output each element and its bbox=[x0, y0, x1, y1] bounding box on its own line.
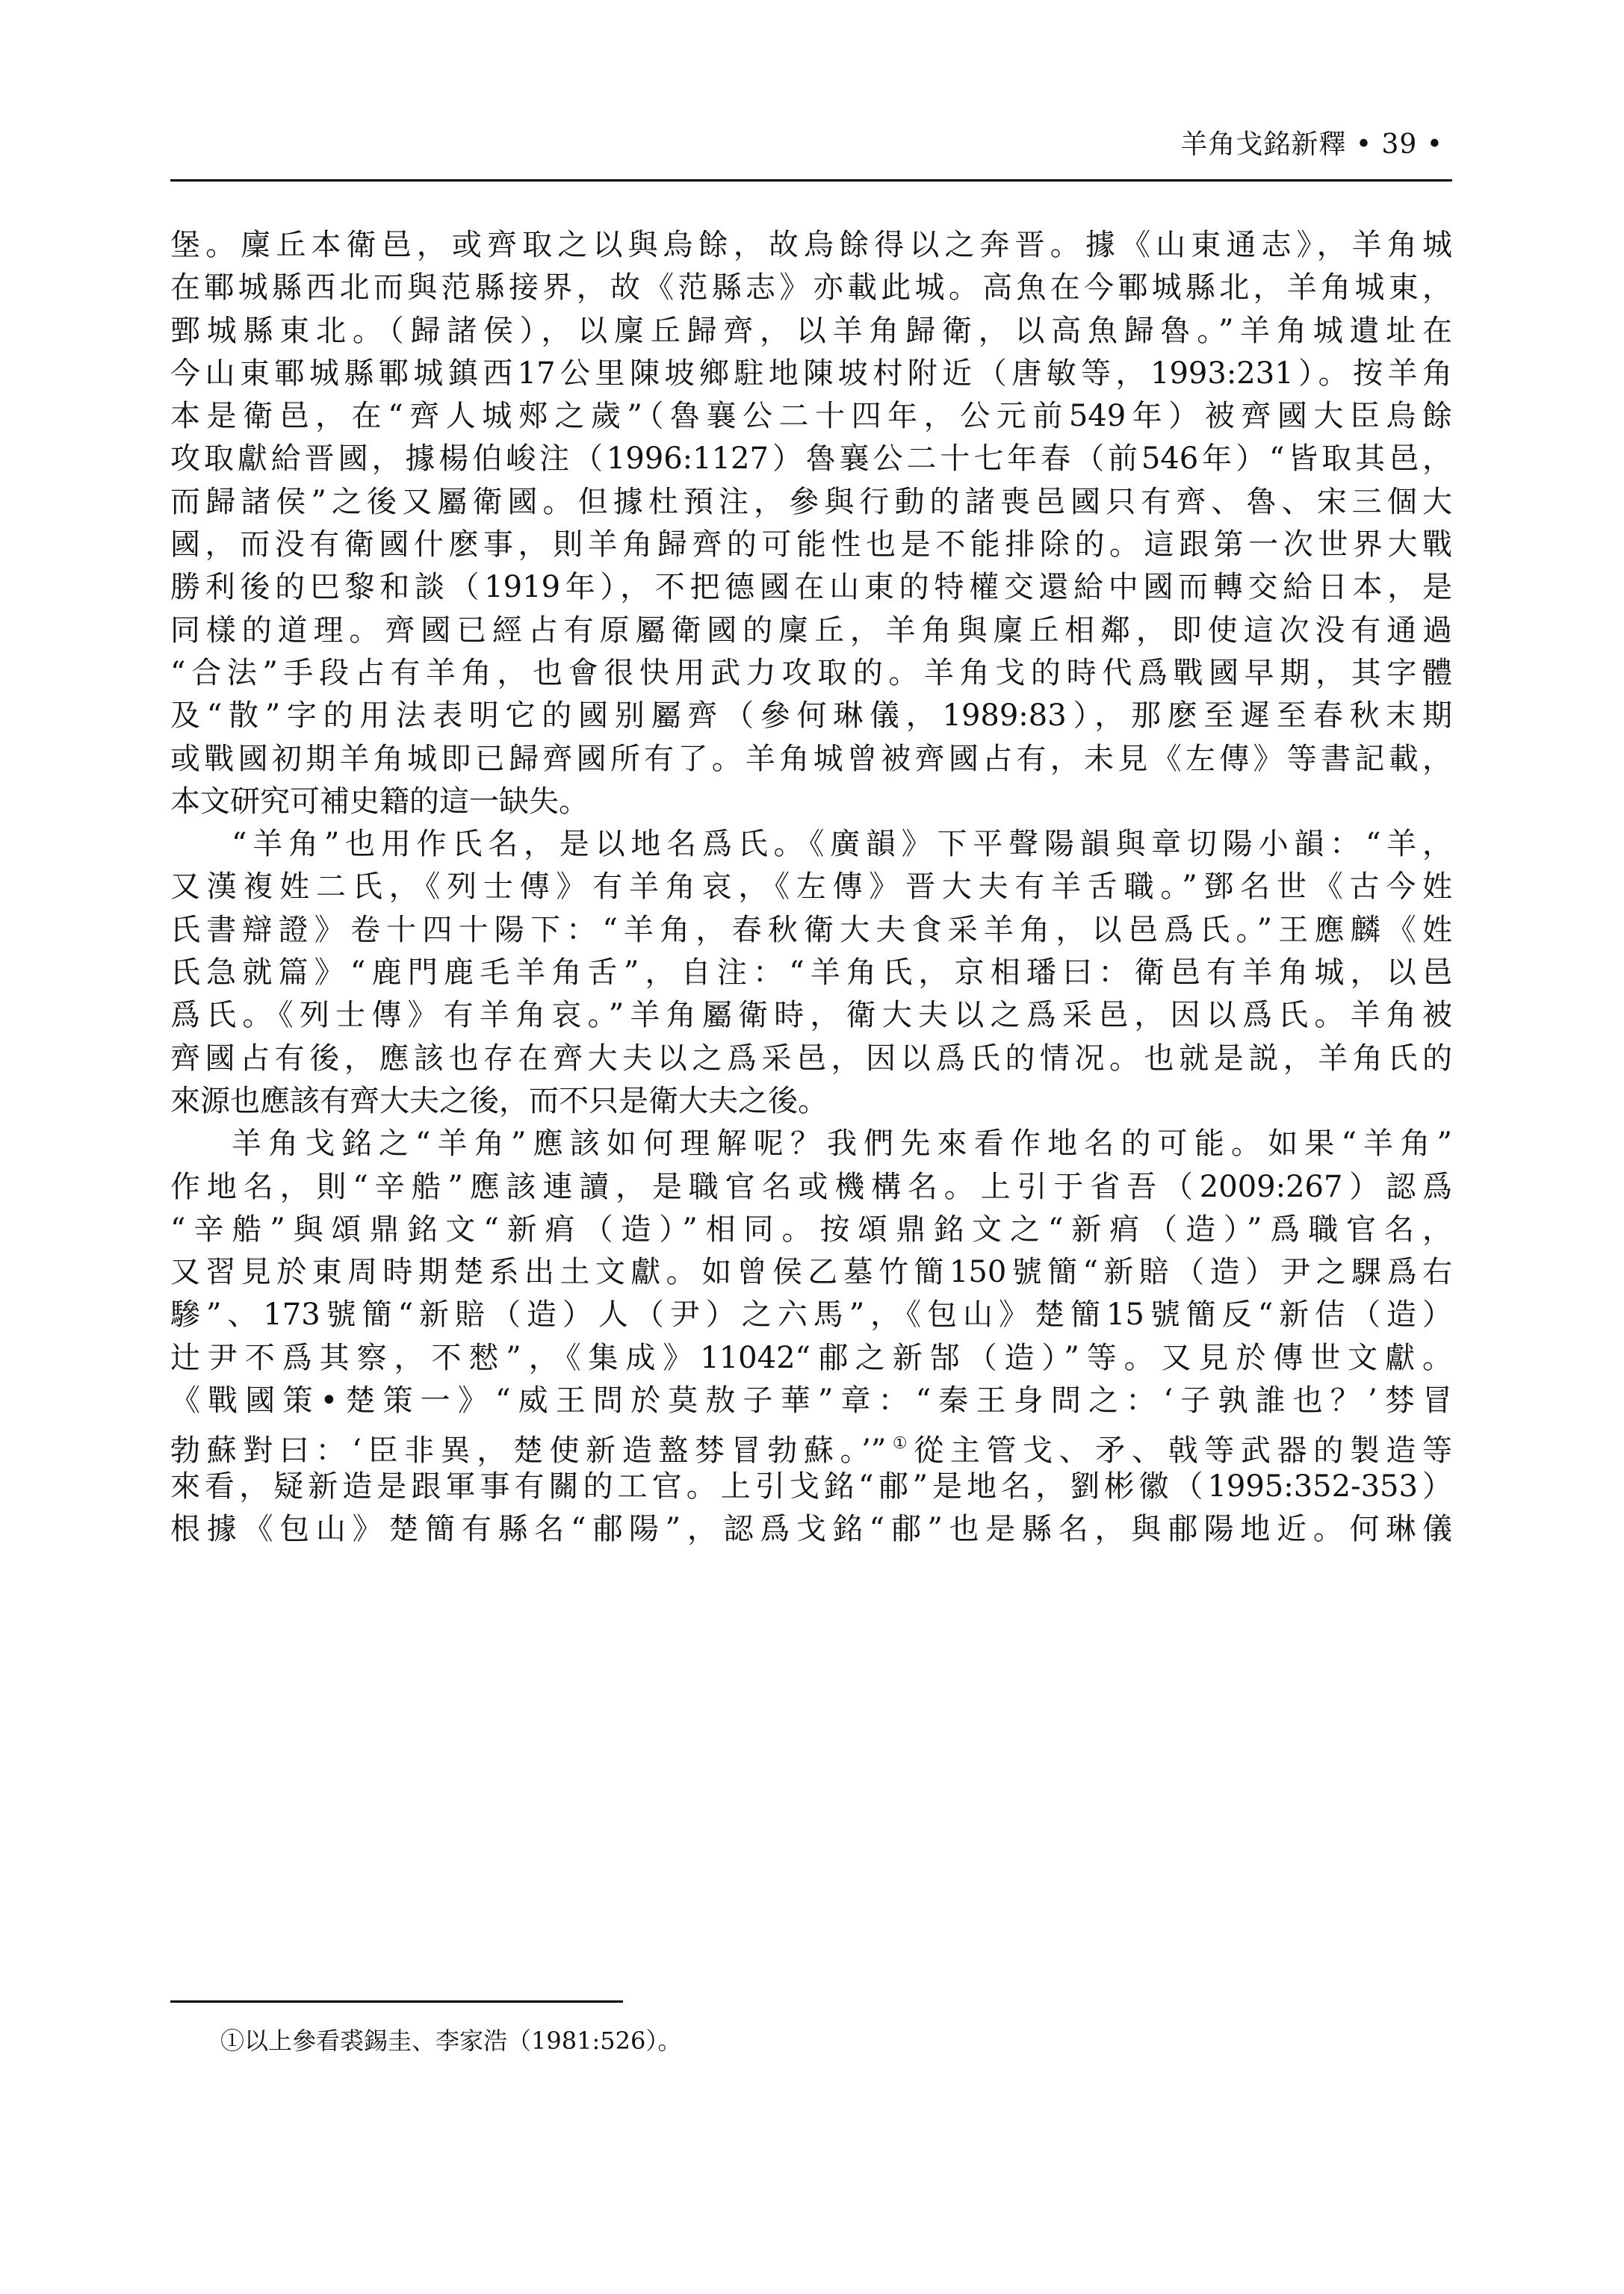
text-line-content: 勃蘇對曰：‘臣非異，楚使新造盩棼冒勃蘇。’” bbox=[170, 1433, 886, 1468]
text-line: 《戰國策•楚策一》“威王問於莫敖子華”章：“秦王身問之：‘子孰誰也？’棼冒 bbox=[170, 1380, 1452, 1422]
text-line-content: 今山東鄆城縣鄆城鎮西17公里陳坡鄉駐地陳坡村附近（唐敏等，1993:231）。按… bbox=[170, 356, 1452, 391]
text-line: 堡。廩丘本衛邑，或齊取之以與烏餘，故烏餘得以之奔晋。據《山東通志》，羊角城 bbox=[170, 224, 1452, 267]
footnote-text: 以上參看裘錫圭、李家浩（1981:526）。 bbox=[244, 2027, 681, 2055]
text-line-content: 來源也應該有齊大夫之後，而不只是衛大夫之後。 bbox=[170, 1084, 828, 1118]
text-line: 又漢複姓二氏，《列士傳》有羊角哀，《左傳》晋大夫有羊舌職。”鄧名世《古今姓 bbox=[170, 866, 1452, 908]
text-line-content: 來看，疑新造是跟軍事有關的工官。上引戈銘“郙”是地名，劉彬徽（1995:352-… bbox=[170, 1469, 1452, 1504]
text-line: 齊國占有後，應該也存在齊大夫以之爲采邑，因以爲氏的情况。也就是説，羊角氏的 bbox=[170, 1038, 1452, 1080]
text-line-content: 在鄆城縣西北而與范縣接界，故《范縣志》亦載此城。高魚在今鄆城縣北，羊角城東， bbox=[170, 270, 1452, 305]
text-line: “辛艁”與頌鼎銘文“新㾓（造）”相同。按頌鼎銘文之“新㾓（造）”爲職官名， bbox=[170, 1209, 1452, 1251]
text-line-content: 又習見於東周時期楚系出土文獻。如曾侯乙墓竹簡150號簡“新賠（造）尹之騍爲右 bbox=[170, 1255, 1452, 1289]
text-line-content: 而歸諸侯”之後又屬衛國。但據杜預注，參與行動的諸喪邑國只有齊、魯、宋三個大 bbox=[170, 485, 1452, 519]
text-line: 本是衛邑，在“齊人城郟之歲”（魯襄公二十四年，公元前549年）被齊國大臣烏餘 bbox=[170, 395, 1452, 438]
text-line: 勝利後的巴黎和談（1919年），不把德國在山東的特權交還給中國而轉交給日本，是 bbox=[170, 566, 1452, 609]
text-line-content: 鄄城縣東北。（歸諸侯），以廩丘歸齊，以羊角歸衛，以高魚歸魯。”羊角城遺址在 bbox=[170, 314, 1452, 348]
text-line-content: 齊國占有後，應該也存在齊大夫以之爲采邑，因以爲氏的情况。也就是説，羊角氏的 bbox=[170, 1041, 1452, 1076]
text-line-content: 本是衛邑，在“齊人城郟之歲”（魯襄公二十四年，公元前549年）被齊國大臣烏餘 bbox=[170, 399, 1452, 433]
text-line: 來源也應該有齊大夫之後，而不只是衛大夫之後。 bbox=[170, 1080, 1452, 1123]
text-line: 根據《包山》楚簡有縣名“郙陽”，認爲戈銘“郙”也是縣名，與郙陽地近。何琳儀 bbox=[170, 1508, 1452, 1551]
text-line-content: 氏書辯證》卷十四十陽下：“羊角，春秋衛大夫食采羊角，以邑爲氏。”王應麟《姓 bbox=[170, 913, 1452, 947]
text-line-content: 驂”、173號簡“新賠（造）人（尹）之六馬”，《包山》楚簡15號簡反“新佶（造） bbox=[170, 1298, 1452, 1332]
text-line: 驂”、173號簡“新賠（造）人（尹）之六馬”，《包山》楚簡15號簡反“新佶（造） bbox=[170, 1294, 1452, 1336]
text-line: 辻尹不爲其察，不憖”，《集成》11042“郙之新郜（造）”等。又見於傳世文獻。 bbox=[170, 1337, 1452, 1380]
footnote-rule bbox=[170, 2000, 623, 2003]
footnote-reference[interactable]: ① bbox=[886, 1434, 914, 1453]
text-line: 勃蘇對曰：‘臣非異，楚使新造盩棼冒勃蘇。’”①從主管戈、矛、戟等武器的製造等 bbox=[170, 1422, 1452, 1465]
text-line: 羊角戈銘之“羊角”應該如何理解呢？我們先來看作地名的可能。如果“羊角” bbox=[170, 1123, 1452, 1165]
text-line-content: 或戰國初期羊角城即已歸齊國所有了。羊角城曾被齊國占有，未見《左傳》等書記載， bbox=[170, 742, 1452, 776]
running-head-title: 羊角戈銘新釋 bbox=[1180, 129, 1346, 160]
text-line: 氏書辯證》卷十四十陽下：“羊角，春秋衛大夫食采羊角，以邑爲氏。”王應麟《姓 bbox=[170, 909, 1452, 952]
text-line: 而歸諸侯”之後又屬衛國。但據杜預注，參與行動的諸喪邑國只有齊、魯、宋三個大 bbox=[170, 481, 1452, 524]
text-line-content: 攻取獻給晋國，據楊伯峻注（1996:1127）魯襄公二十七年春（前546年）“皆… bbox=[170, 441, 1452, 476]
text-line-content: “羊角”也用作氏名，是以地名爲氏。《廣韻》下平聲陽韻與章切陽小韻：“羊， bbox=[232, 827, 1452, 861]
text-line: 本文研究可補史籍的這一缺失。 bbox=[170, 781, 1452, 823]
text-line-content: 爲氏。《列士傳》有羊角哀。”羊角屬衛時，衛大夫以之爲采邑，因以爲氏。羊角被 bbox=[170, 998, 1452, 1032]
text-line-content: 羊角戈銘之“羊角”應該如何理解呢？我們先來看作地名的可能。如果“羊角” bbox=[232, 1126, 1452, 1161]
text-line: 今山東鄆城縣鄆城鎮西17公里陳坡鄉駐地陳坡村附近（唐敏等，1993:231）。按… bbox=[170, 353, 1452, 395]
text-line-content: 國，而没有衛國什麽事，則羊角歸齊的可能性也是不能排除的。這跟第一次世界大戰 bbox=[170, 527, 1452, 562]
text-line-content: 勝利後的巴黎和談（1919年），不把德國在山東的特權交還給中國而轉交給日本，是 bbox=[170, 570, 1452, 604]
text-line: 鄄城縣東北。（歸諸侯），以廩丘歸齊，以羊角歸衛，以高魚歸魯。”羊角城遺址在 bbox=[170, 310, 1452, 353]
text-line: 在鄆城縣西北而與范縣接界，故《范縣志》亦載此城。高魚在今鄆城縣北，羊角城東， bbox=[170, 267, 1452, 309]
text-line: 爲氏。《列士傳》有羊角哀。”羊角屬衛時，衛大夫以之爲采邑，因以爲氏。羊角被 bbox=[170, 994, 1452, 1037]
text-line: 氏急就篇》“鹿門鹿毛羊角舌”，自注：“羊角氏，京相璠曰：衛邑有羊角城，以邑 bbox=[170, 952, 1452, 994]
text-line-content: 作地名，則“辛艁”應該連讀，是職官名或機構名。上引于省吾（2009:267）認爲 bbox=[170, 1170, 1452, 1204]
text-line: 國，而没有衛國什麽事，則羊角歸齊的可能性也是不能排除的。這跟第一次世界大戰 bbox=[170, 524, 1452, 566]
text-line: “羊角”也用作氏名，是以地名爲氏。《廣韻》下平聲陽韻與章切陽小韻：“羊， bbox=[170, 823, 1452, 866]
text-line: 作地名，則“辛艁”應該連讀，是職官名或機構名。上引于省吾（2009:267）認爲 bbox=[170, 1166, 1452, 1209]
text-line-content: 本文研究可補史籍的這一缺失。 bbox=[170, 784, 589, 819]
running-head: 羊角戈銘新釋 • 39 • bbox=[1180, 125, 1443, 164]
text-line: 同樣的道理。齊國已經占有原屬衛國的廩丘，羊角與廩丘相鄰，即使這次没有通過 bbox=[170, 610, 1452, 652]
text-line: 或戰國初期羊角城即已歸齊國所有了。羊角城曾被齊國占有，未見《左傳》等書記載， bbox=[170, 738, 1452, 781]
text-line-content: 堡。廩丘本衛邑，或齊取之以與烏餘，故烏餘得以之奔晋。據《山東通志》，羊角城 bbox=[170, 228, 1452, 262]
text-line-content: 根據《包山》楚簡有縣名“郙陽”，認爲戈銘“郙”也是縣名，與郙陽地近。何琳儀 bbox=[170, 1512, 1452, 1546]
header-rule bbox=[170, 179, 1452, 182]
text-line-content: “辛艁”與頌鼎銘文“新㾓（造）”相同。按頌鼎銘文之“新㾓（造）”爲職官名， bbox=[170, 1212, 1452, 1247]
body-text: 堡。廩丘本衛邑，或齊取之以與烏餘，故烏餘得以之奔晋。據《山東通志》，羊角城在鄆城… bbox=[170, 224, 1452, 1551]
text-line: 來看，疑新造是跟軍事有關的工官。上引戈銘“郙”是地名，劉彬徽（1995:352-… bbox=[170, 1466, 1452, 1508]
footnote: ①以上參看裘錫圭、李家浩（1981:526）。 bbox=[220, 2023, 681, 2059]
text-line-content: 又漢複姓二氏，《列士傳》有羊角哀，《左傳》晋大夫有羊舌職。”鄧名世《古今姓 bbox=[170, 869, 1452, 904]
text-line: 及“散”字的用法表明它的國别屬齊（參何琳儀，1989:83），那麽至遲至春秋末期 bbox=[170, 695, 1452, 737]
text-line-content: 辻尹不爲其察，不憖”，《集成》11042“郙之新郜（造）”等。又見於傳世文獻。 bbox=[170, 1341, 1452, 1375]
text-line-content: 從主管戈、矛、戟等武器的製造等 bbox=[914, 1433, 1452, 1468]
text-line: 攻取獻給晋國，據楊伯峻注（1996:1127）魯襄公二十七年春（前546年）“皆… bbox=[170, 438, 1452, 480]
footnote-mark: ① bbox=[220, 2027, 244, 2055]
text-line-content: 及“散”字的用法表明它的國别屬齊（參何琳儀，1989:83），那麽至遲至春秋末期 bbox=[170, 698, 1452, 733]
page-number: • 39 • bbox=[1356, 129, 1443, 160]
text-line-content: 《戰國策•楚策一》“威王問於莫敖子華”章：“秦王身問之：‘子孰誰也？’棼冒 bbox=[170, 1383, 1452, 1418]
text-line: 又習見於東周時期楚系出土文獻。如曾侯乙墓竹簡150號簡“新賠（造）尹之騍爲右 bbox=[170, 1251, 1452, 1294]
text-line-content: 同樣的道理。齊國已經占有原屬衛國的廩丘，羊角與廩丘相鄰，即使這次没有通過 bbox=[170, 613, 1452, 648]
text-line-content: 氏急就篇》“鹿門鹿毛羊角舌”，自注：“羊角氏，京相璠曰：衛邑有羊角城，以邑 bbox=[170, 955, 1452, 990]
text-line-content: “合法”手段占有羊角，也會很快用武力攻取的。羊角戈的時代爲戰國早期，其字體 bbox=[170, 656, 1452, 690]
text-line: “合法”手段占有羊角，也會很快用武力攻取的。羊角戈的時代爲戰國早期，其字體 bbox=[170, 652, 1452, 695]
